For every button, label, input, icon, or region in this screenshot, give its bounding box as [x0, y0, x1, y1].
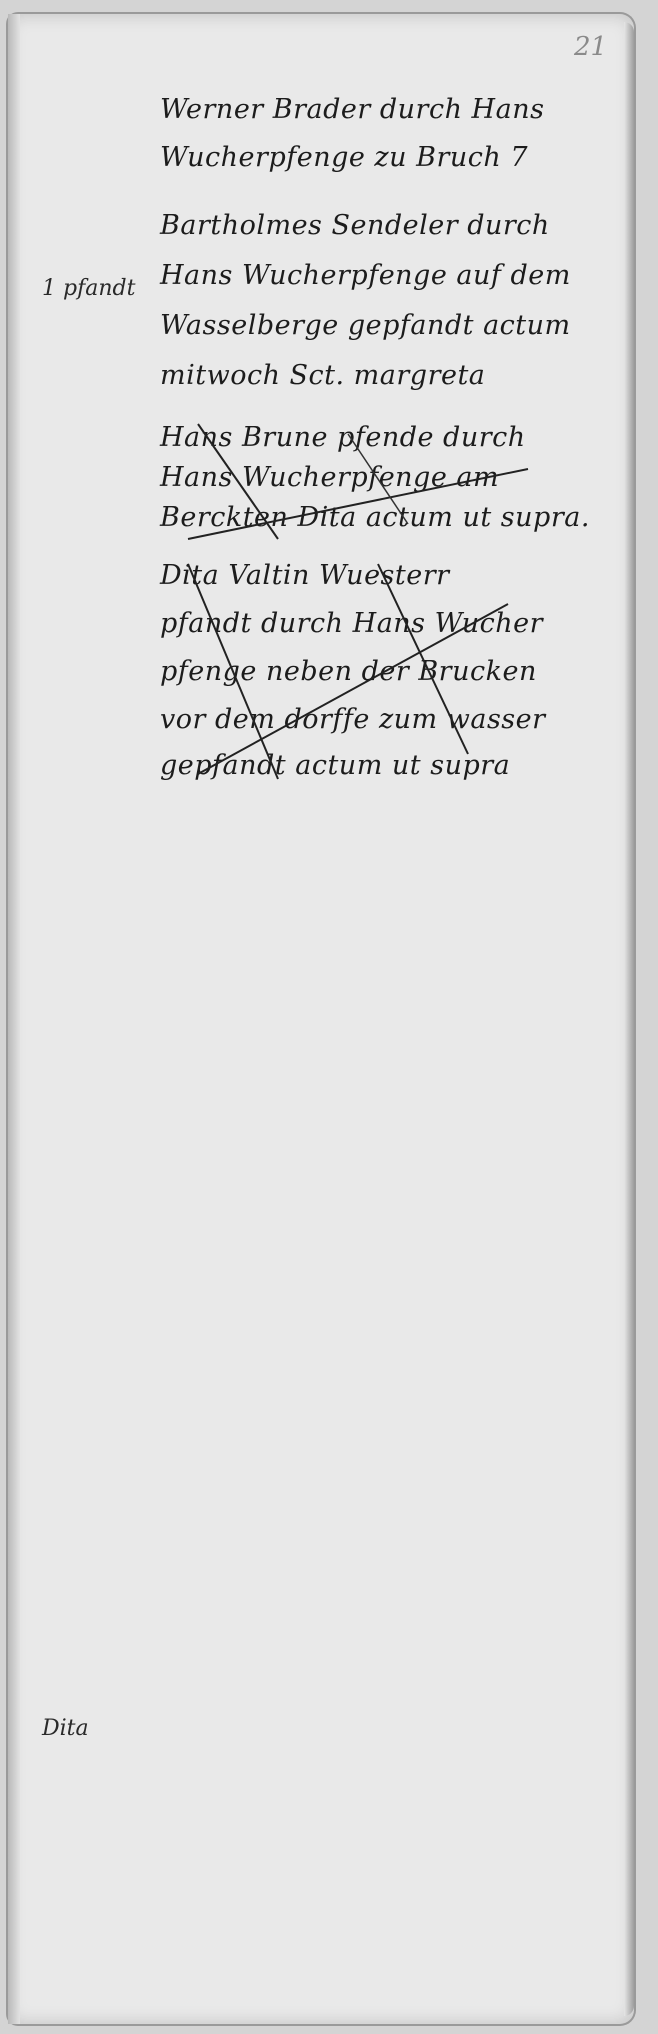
entry-line: Berckten Dita actum ut supra.: [160, 502, 590, 533]
margin-note: Dita: [42, 1716, 89, 1741]
margin-note: 1 pfandt: [42, 276, 135, 301]
entry-line: pfandt durch Hans Wucher: [160, 608, 543, 639]
entry-line: Hans Wucherpfenge am: [160, 462, 499, 493]
entry-line: vor dem dorffe zum wasser: [160, 704, 546, 735]
entry-line: Wasselberge gepfandt actum: [160, 310, 571, 341]
entry-line: pfenge neben der Brucken: [160, 656, 537, 687]
entry-line: Werner Brader durch Hans: [160, 94, 544, 125]
entry-line: Bartholmes Sendeler durch: [160, 210, 550, 241]
entry-line: Hans Wucherpfenge auf dem: [160, 260, 571, 291]
entry-line: Dita Valtin Wuesterr: [160, 560, 450, 591]
manuscript-page: 21 1 pfandt Dita Werner Brader durch Han…: [8, 14, 634, 2024]
entry-line: gepfandt actum ut supra: [160, 750, 510, 781]
folio-number: 21: [574, 32, 607, 62]
page-edge: [624, 22, 634, 2016]
entry-line: Hans Brune pfende durch: [160, 422, 526, 453]
entry-line: mitwoch Sct. margreta: [160, 360, 485, 391]
entry-line: Wucherpfenge zu Bruch 7: [160, 142, 528, 173]
